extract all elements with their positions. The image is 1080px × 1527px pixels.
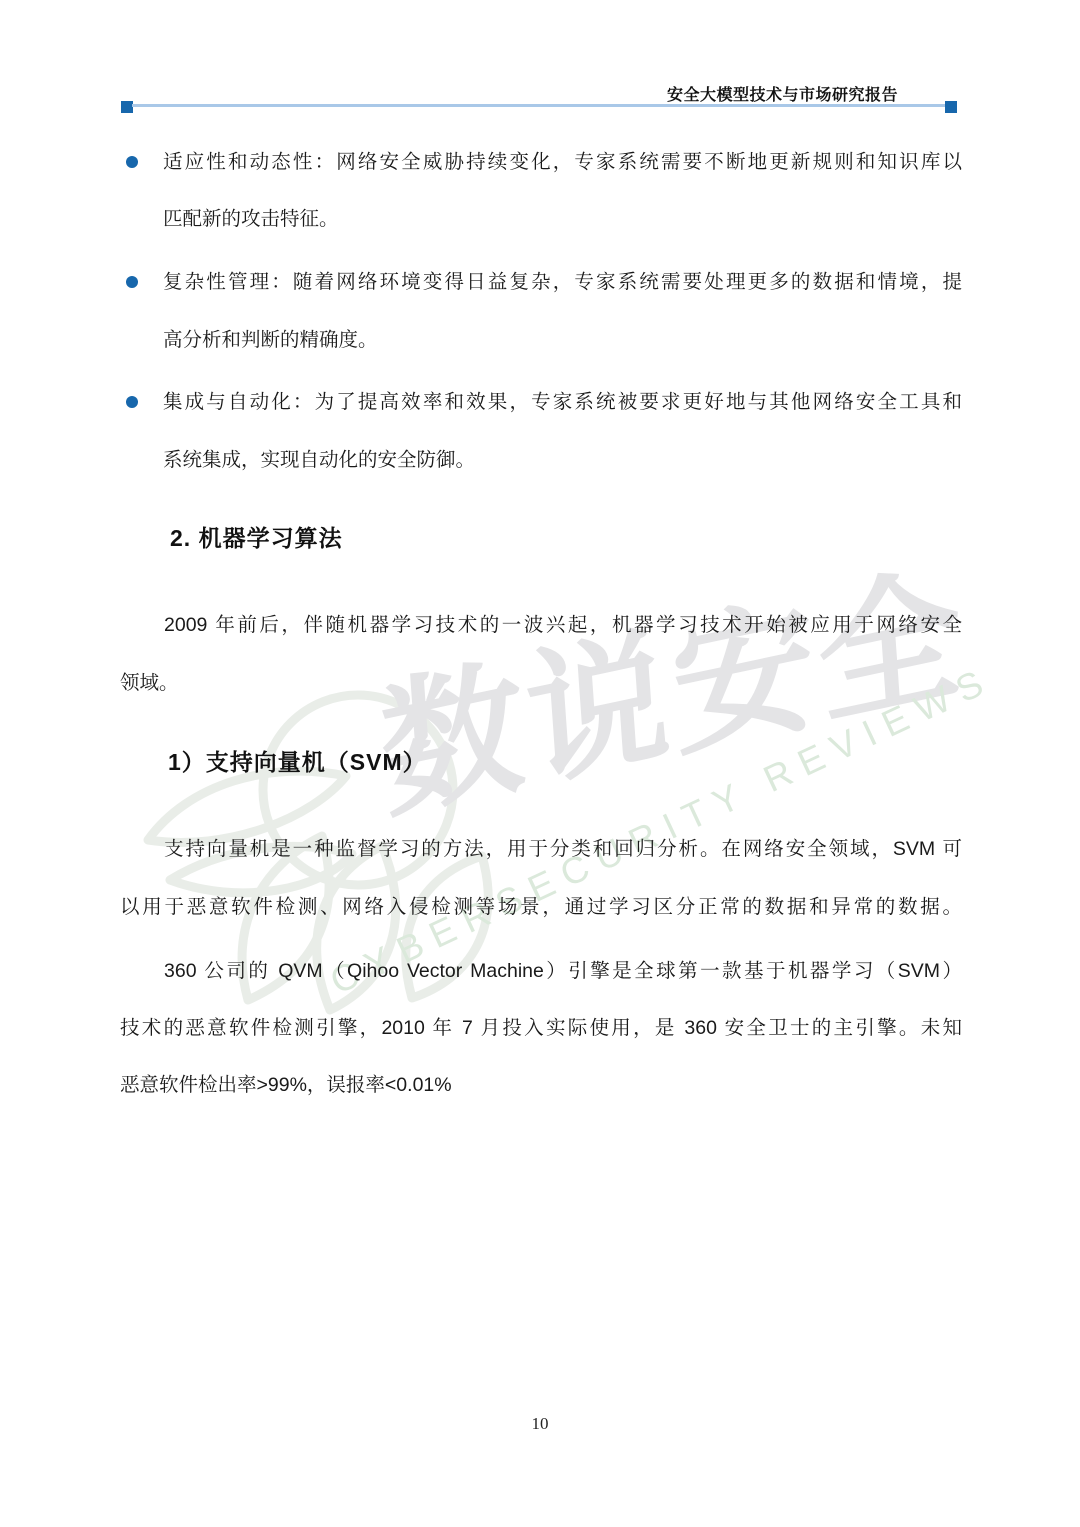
bullet-line: 复杂性管理：随着网络环境变得日益复杂，专家系统需要处理更多的数据和情境，提	[163, 267, 962, 297]
bullet-line: 匹配新的攻击特征。	[163, 204, 962, 234]
paragraph-line: 360 公司的 QVM（Qihoo Vector Machine）引擎是全球第一…	[164, 956, 962, 986]
subsection-heading-svm: 1）支持向量机（SVM）	[168, 744, 427, 777]
paragraph-line: 领域。	[120, 668, 962, 698]
document-page: 数说安全 CYBERSECURITY REVIEWS 安全大模型技术与市场研究报…	[0, 0, 1080, 1527]
paragraph-line: 恶意软件检出率>99%，误报率<0.01%	[120, 1070, 962, 1100]
paragraph-line: 2009 年前后，伴随机器学习技术的一波兴起，机器学习技术开始被应用于网络安全	[164, 610, 962, 640]
bullet-line: 高分析和判断的精确度。	[163, 325, 962, 355]
bullet-line: 适应性和动态性：网络安全威胁持续变化，专家系统需要不断地更新规则和知识库以	[163, 147, 962, 177]
paragraph-line: 支持向量机是一种监督学习的方法，用于分类和回归分析。在网络安全领域，SVM 可	[164, 834, 962, 864]
bullet-icon	[126, 156, 138, 168]
header-rule-left-cap	[121, 101, 133, 113]
header-rule-right-cap	[945, 101, 957, 113]
bullet-line: 集成与自动化：为了提高效率和效果，专家系统被要求更好地与其他网络安全工具和	[163, 387, 962, 417]
bullet-icon	[126, 276, 138, 288]
header-report-title: 安全大模型技术与市场研究报告	[667, 82, 898, 105]
paragraph-line: 以用于恶意软件检测、网络入侵检测等场景，通过学习区分正常的数据和异常的数据。	[120, 892, 962, 922]
bullet-line: 系统集成，实现自动化的安全防御。	[163, 445, 962, 475]
bullet-icon	[126, 396, 138, 408]
page-number: 10	[0, 1414, 1080, 1434]
paragraph-line: 技术的恶意软件检测引擎，2010 年 7 月投入实际使用，是 360 安全卫士的…	[120, 1013, 962, 1043]
header-rule	[132, 104, 946, 107]
section-heading-machine-learning: 2. 机器学习算法	[170, 520, 343, 553]
